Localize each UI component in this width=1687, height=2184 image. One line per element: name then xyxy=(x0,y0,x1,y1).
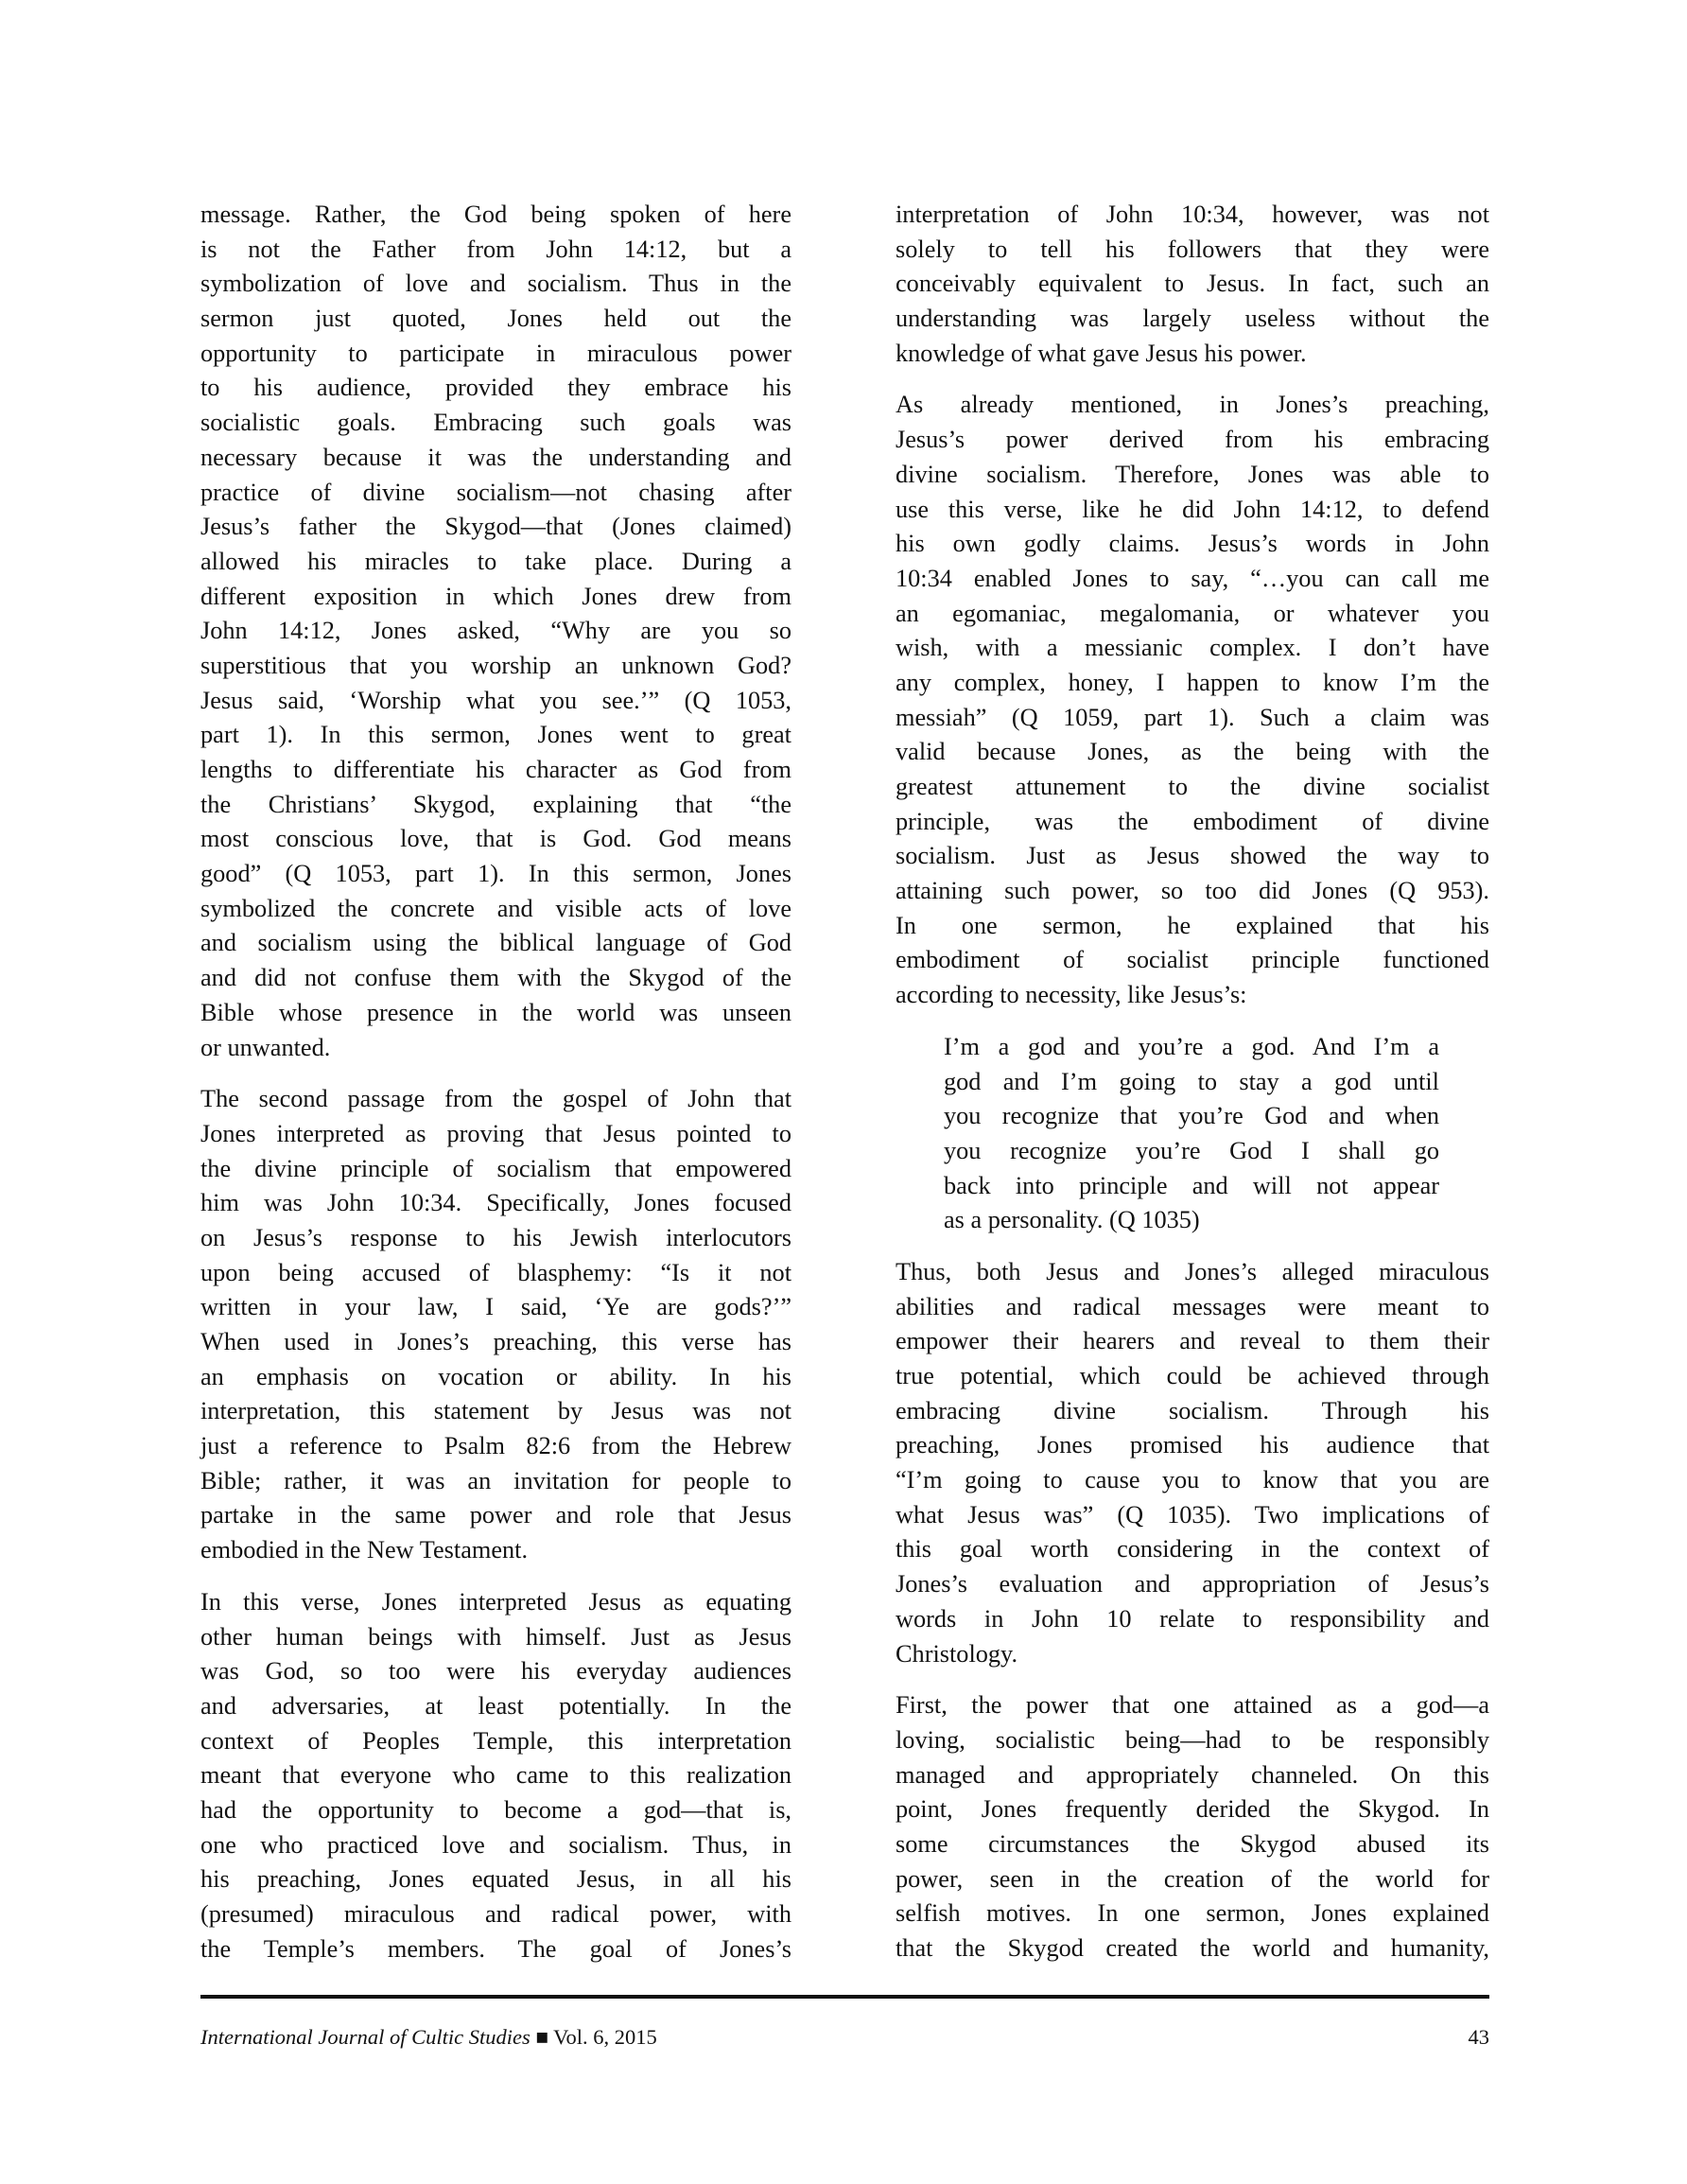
page-number: 43 xyxy=(1469,2024,1490,2051)
text-line: principle, was the embodiment of divine xyxy=(896,805,1489,840)
text-line: true potential, which could be achieved … xyxy=(896,1359,1489,1394)
paragraph: message. Rather, the God being spoken of… xyxy=(200,198,791,1065)
text-line: Jesus said, ‘Worship what you see.’” (Q … xyxy=(200,684,791,719)
text-line: socialistic goals. Embracing such goals … xyxy=(200,406,791,441)
text-line: some circumstances the Skygod abused its xyxy=(896,1827,1489,1862)
text-line: Jesus’s father the Skygod—that (Jones cl… xyxy=(200,510,791,545)
blockquote: I’m a god and you’re a god. And I’m agod… xyxy=(944,1030,1439,1238)
document-page: message. Rather, the God being spoken of… xyxy=(0,0,1687,2184)
journal-title: International Journal of Cultic Studies xyxy=(200,2025,530,2049)
paragraph: interpretation of John 10:34, however, w… xyxy=(896,198,1489,371)
text-line: embracing divine socialism. Through his xyxy=(896,1394,1489,1429)
journal-volume: Vol. 6, 2015 xyxy=(553,2025,657,2049)
text-line: power, seen in the creation of the world… xyxy=(896,1862,1489,1897)
text-line: Jones interpreted as proving that Jesus … xyxy=(200,1117,791,1152)
footer-journal-info: International Journal of Cultic Studies … xyxy=(200,2024,657,2051)
text-line: and socialism using the biblical languag… xyxy=(200,926,791,961)
text-line: this goal worth considering in the conte… xyxy=(896,1532,1489,1567)
text-line: and did not confuse them with the Skygod… xyxy=(200,961,791,996)
text-line: Jesus’s power derived from his embracing xyxy=(896,423,1489,458)
separator-square: ■ xyxy=(535,2025,548,2049)
text-line: (presumed) miraculous and radical power,… xyxy=(200,1897,791,1932)
text-line: as a personality. (Q 1035) xyxy=(944,1203,1439,1238)
text-line: on Jesus’s response to his Jewish interl… xyxy=(200,1221,791,1256)
text-line: an egomaniac, megalomania, or whatever y… xyxy=(896,597,1489,632)
text-line: conceivably equivalent to Jesus. In fact… xyxy=(896,267,1489,302)
text-line: interpretation of John 10:34, however, w… xyxy=(896,198,1489,233)
text-line: him was John 10:34. Specifically, Jones … xyxy=(200,1186,791,1221)
text-line: message. Rather, the God being spoken of… xyxy=(200,198,791,233)
paragraph: Thus, both Jesus and Jones’s alleged mir… xyxy=(896,1255,1489,1671)
text-line: Jones’s evaluation and appropriation of … xyxy=(896,1567,1489,1602)
text-line: to his audience, provided they embrace h… xyxy=(200,371,791,406)
text-line: “I’m going to cause you to know that you… xyxy=(896,1463,1489,1498)
text-line: is not the Father from John 14:12, but a xyxy=(200,233,791,268)
text-line: lengths to differentiate his character a… xyxy=(200,753,791,788)
text-line: partake in the same power and role that … xyxy=(200,1498,791,1533)
text-line: empower their hearers and reveal to them… xyxy=(896,1324,1489,1359)
text-line: 10:34 enabled Jones to say, “…you can ca… xyxy=(896,562,1489,597)
text-line: the Christians’ Skygod, explaining that … xyxy=(200,788,791,823)
text-line: one who practiced love and socialism. Th… xyxy=(200,1828,791,1863)
paragraph: First, the power that one attained as a … xyxy=(896,1688,1489,1966)
text-line: messiah” (Q 1059, part 1). Such a claim … xyxy=(896,701,1489,736)
text-line: First, the power that one attained as a … xyxy=(896,1688,1489,1723)
text-line: I’m a god and you’re a god. And I’m a xyxy=(944,1030,1439,1065)
text-line: socialism. Just as Jesus showed the way … xyxy=(896,839,1489,874)
paragraph: In this verse, Jones interpreted Jesus a… xyxy=(200,1585,791,1967)
text-line: Bible; rather, it was an invitation for … xyxy=(200,1464,791,1499)
left-column: message. Rather, the God being spoken of… xyxy=(200,198,791,1983)
text-line: necessary because it was the understandi… xyxy=(200,441,791,476)
text-line: you recognize you’re God I shall go xyxy=(944,1134,1439,1169)
text-line: allowed his miracles to take place. Duri… xyxy=(200,545,791,580)
text-line: you recognize that you’re God and when xyxy=(944,1099,1439,1134)
text-line: knowledge of what gave Jesus his power. xyxy=(896,337,1489,372)
text-line: embodied in the New Testament. xyxy=(200,1533,791,1568)
text-line: or unwanted. xyxy=(200,1031,791,1066)
text-line: an emphasis on vocation or ability. In h… xyxy=(200,1360,791,1395)
text-line: solely to tell his followers that they w… xyxy=(896,233,1489,268)
right-column: interpretation of John 10:34, however, w… xyxy=(896,198,1489,1983)
paragraph: As already mentioned, in Jones’s preachi… xyxy=(896,388,1489,1012)
text-line: any complex, honey, I happen to know I’m… xyxy=(896,666,1489,701)
text-line: Christology. xyxy=(896,1637,1489,1672)
text-line: preaching, Jones promised his audience t… xyxy=(896,1428,1489,1463)
text-line: what Jesus was” (Q 1035). Two implicatio… xyxy=(896,1498,1489,1533)
text-line: practice of divine socialism—not chasing… xyxy=(200,476,791,511)
text-line: context of Peoples Temple, this interpre… xyxy=(200,1724,791,1759)
text-line: divine socialism. Therefore, Jones was a… xyxy=(896,458,1489,493)
text-line: Bible whose presence in the world was un… xyxy=(200,996,791,1031)
text-line: good” (Q 1053, part 1). In this sermon, … xyxy=(200,857,791,892)
text-line: sermon just quoted, Jones held out the xyxy=(200,302,791,337)
text-line: interpretation, this statement by Jesus … xyxy=(200,1394,791,1429)
text-line: Thus, both Jesus and Jones’s alleged mir… xyxy=(896,1255,1489,1290)
text-line: just a reference to Psalm 82:6 from the … xyxy=(200,1429,791,1464)
text-line: part 1). In this sermon, Jones went to g… xyxy=(200,718,791,753)
text-line: according to necessity, like Jesus’s: xyxy=(896,978,1489,1013)
text-line: In one sermon, he explained that his xyxy=(896,909,1489,944)
text-line: meant that everyone who came to this rea… xyxy=(200,1758,791,1793)
text-line: god and I’m going to stay a god until xyxy=(944,1065,1439,1100)
paragraph: The second passage from the gospel of Jo… xyxy=(200,1082,791,1568)
text-line: and adversaries, at least potentially. I… xyxy=(200,1689,791,1724)
text-line: the Temple’s members. The goal of Jones’… xyxy=(200,1932,791,1967)
text-line: had the opportunity to become a god—that… xyxy=(200,1793,791,1828)
text-line: As already mentioned, in Jones’s preachi… xyxy=(896,388,1489,423)
text-line: attaining such power, so too did Jones (… xyxy=(896,874,1489,909)
text-line: point, Jones frequently derided the Skyg… xyxy=(896,1792,1489,1827)
text-line: valid because Jones, as the being with t… xyxy=(896,735,1489,770)
text-line: The second passage from the gospel of Jo… xyxy=(200,1082,791,1117)
text-line: opportunity to participate in miraculous… xyxy=(200,337,791,372)
text-line: his own godly claims. Jesus’s words in J… xyxy=(896,527,1489,562)
text-line: abilities and radical messages were mean… xyxy=(896,1290,1489,1325)
text-line: his preaching, Jones equated Jesus, in a… xyxy=(200,1862,791,1897)
text-line: other human beings with himself. Just as… xyxy=(200,1620,791,1655)
text-line: greatest attunement to the divine social… xyxy=(896,770,1489,805)
text-line: was God, so too were his everyday audien… xyxy=(200,1654,791,1689)
text-line: loving, socialistic being—had to be resp… xyxy=(896,1723,1489,1758)
text-line: symbolized the concrete and visible acts… xyxy=(200,892,791,927)
text-line: different exposition in which Jones drew… xyxy=(200,580,791,615)
text-line: back into principle and will not appear xyxy=(944,1169,1439,1204)
text-line: most conscious love, that is God. God me… xyxy=(200,822,791,857)
text-line: the divine principle of socialism that e… xyxy=(200,1152,791,1187)
text-line: written in your law, I said, ‘Ye are god… xyxy=(200,1290,791,1325)
text-line: In this verse, Jones interpreted Jesus a… xyxy=(200,1585,791,1620)
text-line: that the Skygod created the world and hu… xyxy=(896,1931,1489,1966)
text-line: selfish motives. In one sermon, Jones ex… xyxy=(896,1896,1489,1931)
text-line: When used in Jones’s preaching, this ver… xyxy=(200,1325,791,1360)
footer-rule xyxy=(200,1995,1489,1999)
text-line: use this verse, like he did John 14:12, … xyxy=(896,493,1489,528)
text-line: upon being accused of blasphemy: “Is it … xyxy=(200,1256,791,1291)
text-line: embodiment of socialist principle functi… xyxy=(896,943,1489,978)
text-line: wish, with a messianic complex. I don’t … xyxy=(896,631,1489,666)
text-line: words in John 10 relate to responsibilit… xyxy=(896,1602,1489,1637)
text-line: John 14:12, Jones asked, “Why are you so xyxy=(200,614,791,649)
text-line: symbolization of love and socialism. Thu… xyxy=(200,267,791,302)
text-line: managed and appropriately channeled. On … xyxy=(896,1758,1489,1793)
text-line: understanding was largely useless withou… xyxy=(896,302,1489,337)
text-line: superstitious that you worship an unknow… xyxy=(200,649,791,684)
